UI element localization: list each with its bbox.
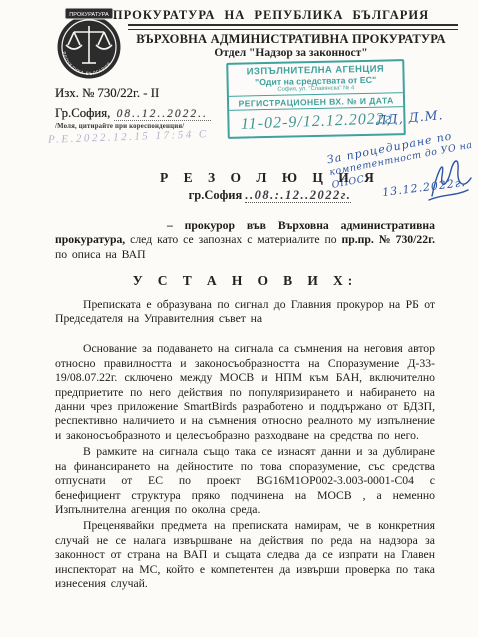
findings-heading: У С Т А Н О В И Х: bbox=[55, 274, 435, 288]
resolution-intro-paragraph: – прокурор във Върховна административна … bbox=[55, 219, 435, 262]
faint-handwritten-mark: Р.Е.2022.12.15 17:54 С bbox=[48, 128, 209, 146]
header-divider-rule bbox=[128, 24, 458, 30]
intro-text: след като се запознах с материалите по bbox=[125, 233, 341, 246]
scanned-document-page: { "header": { "org_title": "ПРОКУРАТУРА … bbox=[0, 0, 478, 637]
intro-tail-text: по описа на ВАП bbox=[55, 248, 146, 261]
city-label: Гр.София, bbox=[55, 106, 110, 120]
outgoing-number: Изх. № 730/22г. - II bbox=[55, 86, 159, 101]
findings-paragraph-3: В рамките на сигнала също така се изнася… bbox=[55, 445, 435, 517]
findings-paragraph-2: Основание за подаването на сигнала са съ… bbox=[55, 342, 435, 443]
findings-paragraph-4: Преценявайки предмета на преписката нами… bbox=[55, 519, 435, 591]
document-body: – прокурор във Върховна административна … bbox=[55, 219, 435, 593]
findings-paragraph-1: Преписката е образувана по сигнал до Гла… bbox=[55, 298, 435, 327]
org-title: ПРОКУРАТУРА НА РЕПУБЛИКА БЪЛГАРИЯ bbox=[95, 8, 447, 23]
division-title: ВЪРХОВНА АДМИНИСТРАТИВНА ПРОКУРАТУРА bbox=[115, 32, 467, 47]
resolution-place-label: гр.София bbox=[189, 188, 243, 202]
resolution-place-date: гр.София ..08.:.12..2022г. bbox=[90, 188, 450, 203]
city-date-line: Гр.София, 08..12..2022.. bbox=[55, 106, 211, 121]
case-number-bold: пр.пр. № 730/22г. bbox=[342, 233, 435, 246]
department-title: Отдел "Надзор за законност" bbox=[115, 47, 467, 59]
resolution-heading: Р Е З О Л Ю Ц И Я bbox=[90, 170, 450, 186]
city-date-handwritten: 08..12..2022.. bbox=[114, 108, 211, 121]
resolution-date-handwritten: ..08.:.12..2022г. bbox=[245, 188, 351, 203]
